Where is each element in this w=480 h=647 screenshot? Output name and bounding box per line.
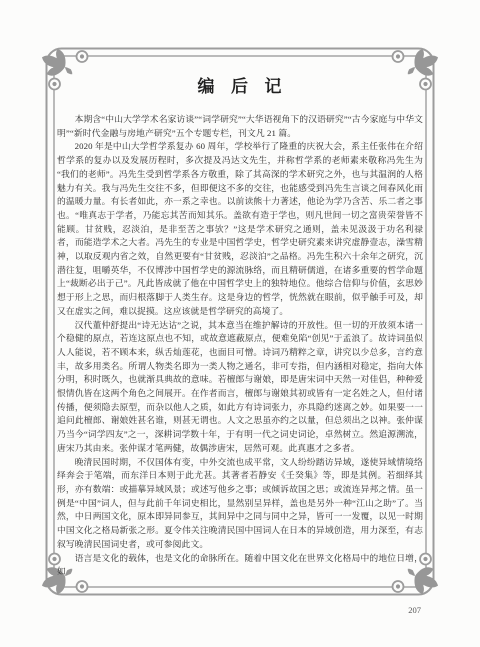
body-paragraph: 汉代董仲舒提出“诗无达诂”之说，其本意当在维护解诗的开放性。但一切的开放须本诸一…	[57, 319, 423, 456]
page-title: 编 后 记	[57, 72, 423, 97]
page-content: 编 后 记 本期含“中山大学学术名家访谈”“词学研究”“大华语视角下的汉语研究”…	[57, 72, 423, 588]
page-number: 207	[408, 605, 421, 615]
book-page: 编 后 记 本期含“中山大学学术名家访谈”“词学研究”“大华语视角下的汉语研究”…	[0, 0, 480, 647]
body-paragraph: 本期含“中山大学学术名家访谈”“词学研究”“大华语视角下的汉语研究”“古今家庭与…	[57, 113, 423, 140]
body-paragraph: 2020 年是中山大学哲学系复办 60 周年，学校举行了隆重的庆祝大会，系主任张…	[57, 140, 423, 318]
body-paragraph: 语言是文化的载体，也是文化的命脉所在。随着中国文化在世界文化格局中的地位日增，如	[57, 552, 423, 579]
body-paragraph: 晚清民国时期，不仅国体有变，中外交流也成平常，文人纷纷踏访异域，遂使异域情境络绎…	[57, 456, 423, 552]
editor-note-body: 本期含“中山大学学术名家访谈”“词学研究”“大华语视角下的汉语研究”“古今家庭与…	[57, 113, 423, 579]
